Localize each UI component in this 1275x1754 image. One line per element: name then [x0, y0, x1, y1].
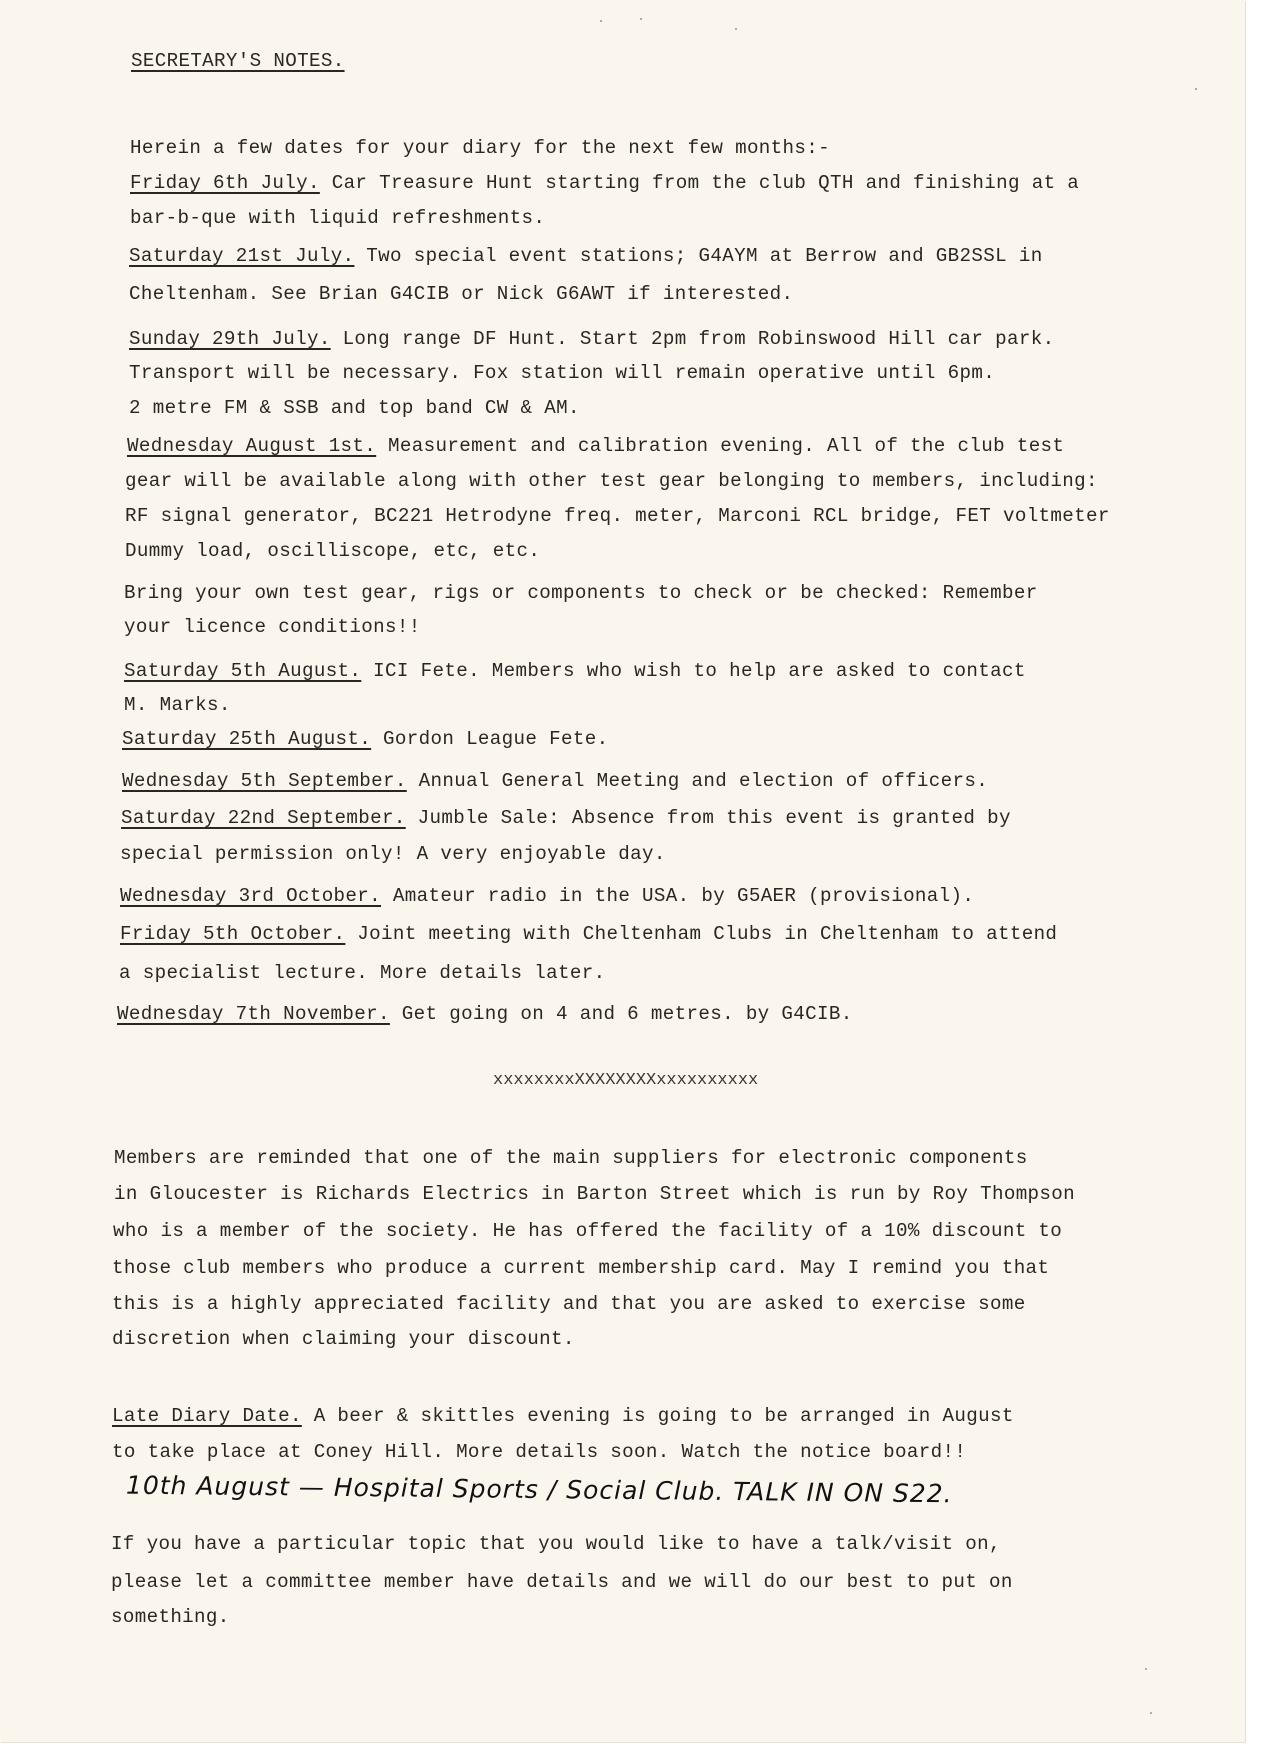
event-text-continued: a specialist lecture. More details later…	[119, 962, 605, 984]
event-date: Sunday 29th July.	[129, 328, 331, 350]
event-date: Wednesday 5th September.	[122, 770, 407, 792]
late-diary-text: A beer & skittles evening is going to be…	[302, 1405, 1014, 1427]
handwritten-note: 10th August — Hospital Sports / Social C…	[126, 1471, 953, 1509]
late-diary-label: Late Diary Date.	[112, 1405, 302, 1427]
section-divider: xxxxxxxxXXXXXXXXxxxxxxxxxx	[493, 1071, 758, 1090]
event-text: Measurement and calibration evening. All…	[376, 435, 1064, 457]
event-date: Wednesday 7th November.	[117, 1003, 390, 1025]
event-wednesday-3rd-october: Wednesday 3rd October. Amateur radio in …	[120, 885, 974, 907]
event-saturday-25th-august: Saturday 25th August. Gordon League Fete…	[122, 728, 608, 750]
event-text-continued: 2 metre FM & SSB and top band CW & AM.	[129, 397, 580, 419]
suppliers-paragraph-line: those club members who produce a current…	[112, 1257, 1049, 1279]
event-text-continued: RF signal generator, BC221 Hetrodyne fre…	[125, 505, 1110, 527]
suppliers-paragraph-line: discretion when claiming your discount.	[112, 1328, 575, 1350]
intro-text: Herein a few dates for your diary for th…	[130, 137, 830, 159]
event-friday-6th-july: Friday 6th July. Car Treasure Hunt start…	[130, 172, 1079, 194]
event-text: Two special event stations; G4AYM at Ber…	[354, 245, 1042, 267]
event-date: Wednesday August 1st.	[127, 435, 376, 457]
page-title: SECRETARY'S NOTES.	[131, 50, 345, 72]
suppliers-paragraph-line: Members are reminded that one of the mai…	[114, 1147, 1028, 1169]
event-text-continued: Transport will be necessary. Fox station…	[129, 362, 995, 384]
event-text: Amateur radio in the USA. by G5AER (prov…	[381, 885, 974, 907]
event-saturday-21st-july: Saturday 21st July. Two special event st…	[129, 245, 1043, 267]
event-saturday-22nd-september: Saturday 22nd September. Jumble Sale: Ab…	[121, 807, 1011, 829]
event-text: Car Treasure Hunt starting from the club…	[320, 172, 1079, 194]
event-friday-5th-october: Friday 5th October. Joint meeting with C…	[120, 923, 1057, 945]
suppliers-paragraph-line: who is a member of the society. He has o…	[113, 1220, 1062, 1242]
event-text-continued: special permission only! A very enjoyabl…	[120, 843, 666, 865]
event-sunday-29th-july: Sunday 29th July. Long range DF Hunt. St…	[129, 328, 1054, 350]
event-date: Saturday 22nd September.	[121, 807, 406, 829]
suppliers-paragraph-line: in Gloucester is Richards Electrics in B…	[114, 1183, 1075, 1205]
event-text: Jumble Sale: Absence from this event is …	[406, 807, 1011, 829]
event-date: Friday 6th July.	[130, 172, 320, 194]
scan-speck	[1145, 1668, 1147, 1670]
suppliers-paragraph-line: this is a highly appreciated facility an…	[112, 1293, 1026, 1315]
event-text-continued: your licence conditions!!	[124, 616, 421, 638]
scanned-page: SECRETARY'S NOTES. Herein a few dates fo…	[0, 0, 1245, 1742]
event-text-continued: gear will be available along with other …	[125, 470, 1098, 492]
event-text: Long range DF Hunt. Start 2pm from Robin…	[331, 328, 1055, 350]
scan-speck	[600, 20, 602, 22]
event-text: Get going on 4 and 6 metres. by G4CIB.	[390, 1003, 853, 1025]
late-diary-date: Late Diary Date. A beer & skittles eveni…	[112, 1405, 1014, 1427]
event-date: Saturday 5th August.	[124, 660, 361, 682]
closing-paragraph-line: If you have a particular topic that you …	[111, 1533, 1001, 1555]
event-text-continued: bar-b-que with liquid refreshments.	[130, 207, 545, 229]
closing-paragraph-line: something.	[111, 1606, 230, 1628]
event-date: Friday 5th October.	[120, 923, 345, 945]
event-saturday-5th-august: Saturday 5th August. ICI Fete. Members w…	[124, 660, 1026, 682]
event-wednesday-7th-november: Wednesday 7th November. Get going on 4 a…	[117, 1003, 853, 1025]
event-text: ICI Fete. Members who wish to help are a…	[361, 660, 1025, 682]
event-text-continued: Dummy load, oscilliscope, etc, etc.	[125, 540, 540, 562]
event-date: Saturday 25th August.	[122, 728, 371, 750]
scan-speck	[735, 28, 737, 30]
event-wednesday-5th-september: Wednesday 5th September. Annual General …	[122, 770, 988, 792]
event-text: Joint meeting with Cheltenham Clubs in C…	[345, 923, 1057, 945]
event-date: Saturday 21st July.	[129, 245, 354, 267]
event-text: Annual General Meeting and election of o…	[407, 770, 988, 792]
scan-speck	[640, 18, 642, 20]
event-date: Wednesday 3rd October.	[120, 885, 381, 907]
closing-paragraph-line: please let a committee member have detai…	[111, 1571, 1013, 1593]
scan-speck	[1150, 1712, 1152, 1714]
event-wednesday-august-1st: Wednesday August 1st. Measurement and ca…	[127, 435, 1064, 457]
event-text-continued: M. Marks.	[124, 694, 231, 716]
event-text: Gordon League Fete.	[371, 728, 608, 750]
event-text-continued: Bring your own test gear, rigs or compon…	[124, 582, 1038, 604]
late-diary-text-continued: to take place at Coney Hill. More detail…	[112, 1441, 966, 1463]
event-text-continued: Cheltenham. See Brian G4CIB or Nick G6AW…	[129, 283, 793, 305]
scan-speck	[1195, 88, 1197, 90]
